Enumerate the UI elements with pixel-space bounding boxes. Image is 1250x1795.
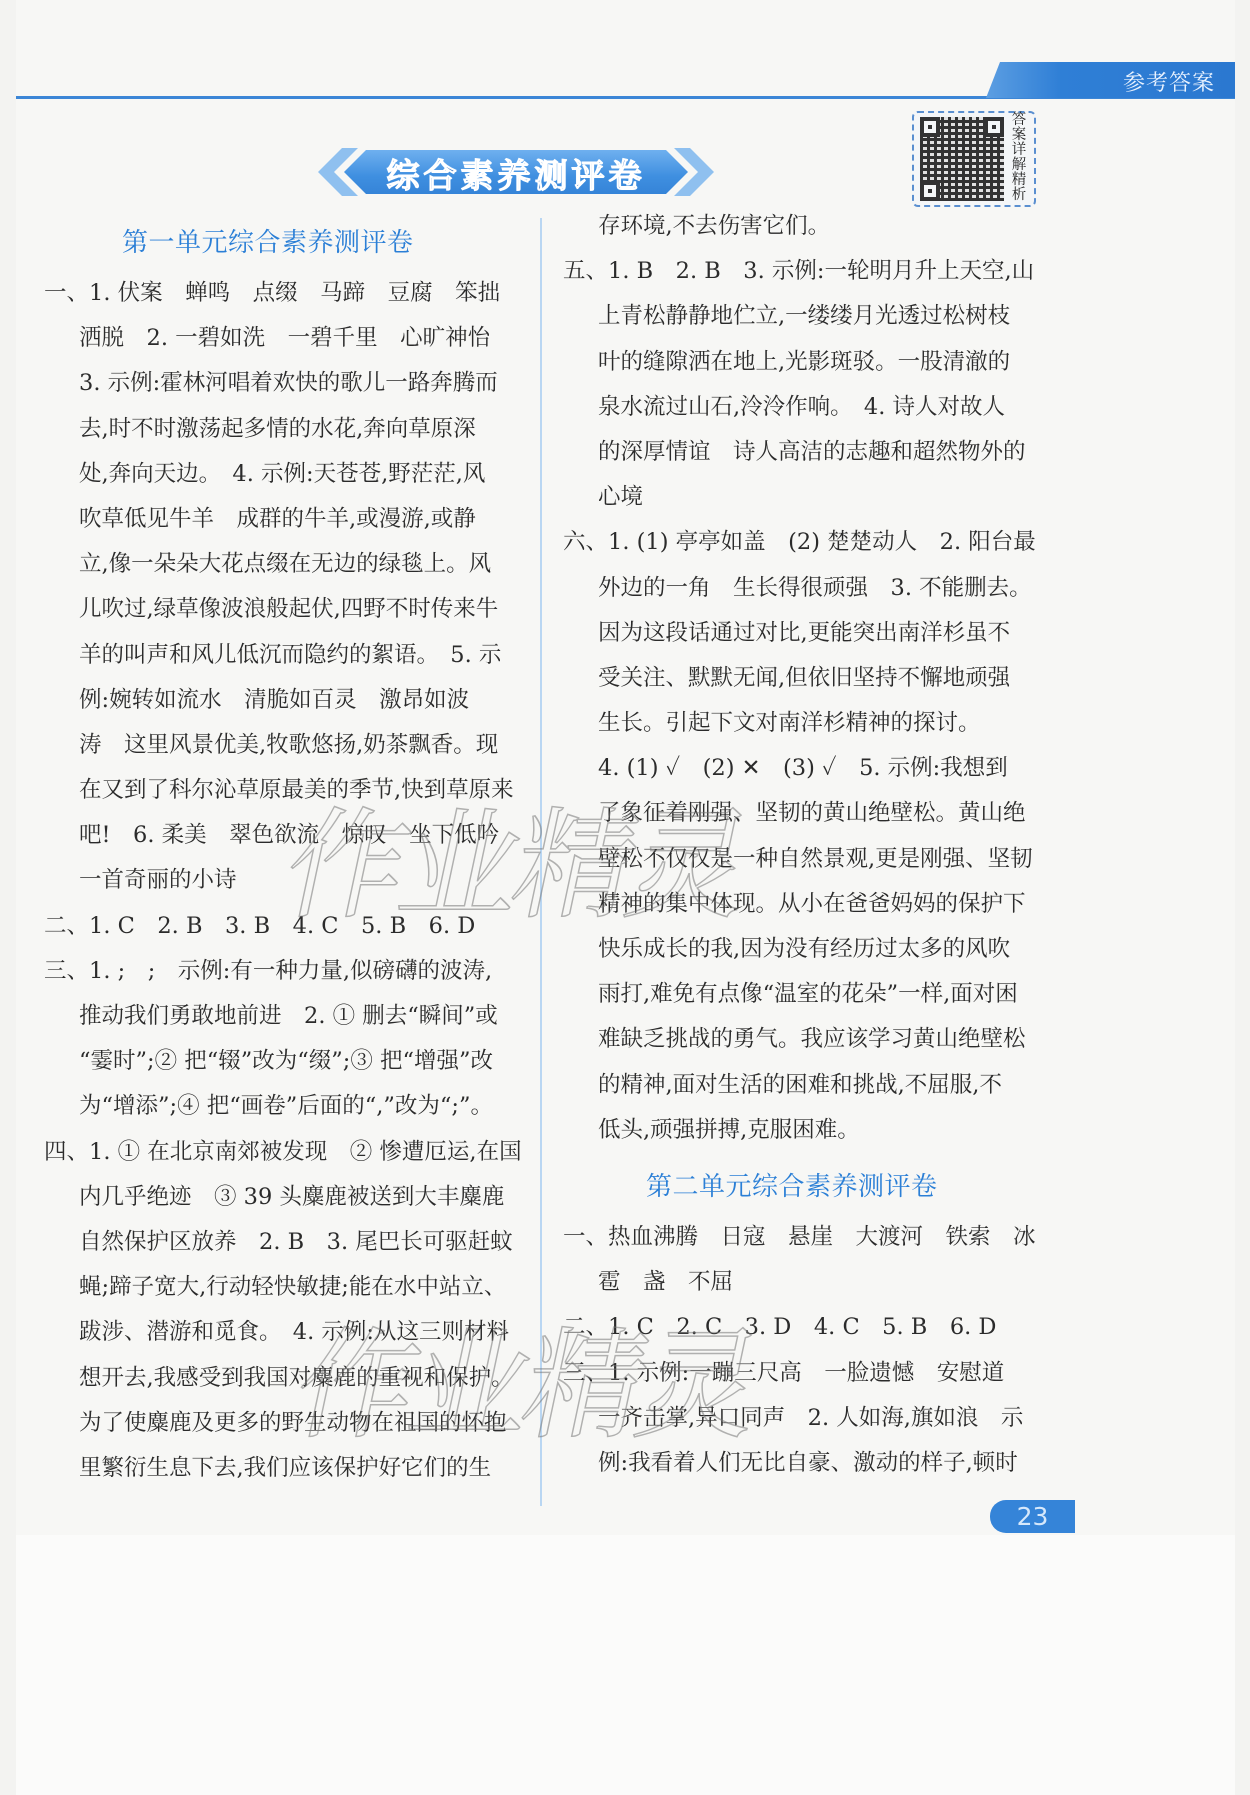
answer-line: 五、1. B 2. B 3. 示例:一轮明月升上天空,山: [563, 249, 1043, 294]
qr-code-box[interactable]: 答案详解精析: [912, 111, 1036, 207]
header-tab: 参考答案: [986, 62, 1235, 98]
qr-finder-icon: [984, 117, 1004, 137]
qr-finder-icon: [920, 181, 940, 201]
answer-line: 推动我们勇敢地前进 2. ① 删去“瞬间”或: [44, 994, 524, 1039]
answer-line: 自然保护区放养 2. B 3. 尾巴长可驱赶蚊: [44, 1220, 524, 1265]
answer-line: 为“增添”;④ 把“画卷”后面的“,”改为“;”。: [44, 1084, 524, 1129]
page-margin: [16, 1535, 1235, 1795]
answer-line: 泉水流过山石,泠泠作响。 4. 诗人对故人: [563, 385, 1043, 430]
watermark: 作业精灵: [282, 1290, 775, 1462]
answer-line: 存环境,不去伤害它们。: [563, 204, 1043, 249]
answer-line: 受关注、默默无闻,但依旧坚持不懈地顽强: [563, 656, 1043, 701]
answer-line: 吹草低见牛羊 成群的牛羊,或漫游,或静: [44, 497, 524, 542]
unit1-title: 第一单元综合素养测评卷: [122, 222, 414, 259]
unit1-right-column: 存环境,不去伤害它们。 五、1. B 2. B 3. 示例:一轮明月升上天空,山…: [563, 204, 1043, 1153]
answer-line: 雨打,难免有点像“温室的花朵”一样,面对困: [563, 972, 1043, 1017]
answer-line: 的深厚情谊 诗人高洁的志趣和超然物外的: [563, 430, 1043, 475]
answer-line: 洒脱 2. 一碧如洗 一碧千里 心旷神怡: [44, 316, 524, 361]
section-banner: 综合素养测评卷: [318, 148, 714, 196]
answer-line: 内几乎绝迹 ③ 39 头麋鹿被送到大丰麋鹿: [44, 1175, 524, 1220]
answer-line: 四、1. ① 在北京南郊被发现 ② 惨遭厄运,在国: [44, 1130, 524, 1175]
answer-line: 羊的叫声和风儿低沉而隐约的絮语。 5. 示: [44, 633, 524, 678]
answer-line: 因为这段话通过对比,更能突出南洋杉虽不: [563, 611, 1043, 656]
answer-line: 一、1. 伏案 蝉鸣 点缀 马蹄 豆腐 笨拙: [44, 271, 524, 316]
answer-line: 心境: [563, 475, 1043, 520]
answer-line: 去,时不时激荡起多情的水花,奔向草原深: [44, 407, 524, 452]
answer-line: 三、1. ; ; 示例:有一种力量,似磅礴的波涛,: [44, 949, 524, 994]
header-tab-label: 参考答案: [1123, 66, 1215, 97]
watermark: 作业精灵: [272, 770, 765, 942]
answer-line: 涛 这里风景优美,牧歌悠扬,奶茶飘香。现: [44, 723, 524, 768]
answer-line: 上青松静静地伫立,一缕缕月光透过松树枝: [563, 294, 1043, 339]
answer-line: 六、1. (1) 亭亭如盖 (2) 楚楚动人 2. 阳台最: [563, 520, 1043, 565]
answer-line: 例:婉转如流水 清脆如百灵 激昂如波: [44, 678, 524, 723]
answer-line: 一、热血沸腾 日寇 悬崖 大渡河 铁索 冰: [563, 1215, 1043, 1260]
answer-line: 生长。引起下文对南洋杉精神的探讨。: [563, 701, 1043, 746]
answer-line: 儿吹过,绿草像波浪般起伏,四野不时传来牛: [44, 587, 524, 632]
answer-line: 叶的缝隙洒在地上,光影斑驳。一股清澈的: [563, 340, 1043, 385]
answer-line: “霎时”;② 把“辍”改为“缀”;③ 把“增强”改: [44, 1039, 524, 1084]
answer-line: 立,像一朵朵大花点缀在无边的绿毯上。风: [44, 542, 524, 587]
answer-line: 低头,顽强拼搏,克服困难。: [563, 1108, 1043, 1153]
answer-line: 外边的一角 生长得很顽强 3. 不能删去。: [563, 566, 1043, 611]
qr-caption: 答案详解精析: [1010, 113, 1028, 203]
qr-code-icon[interactable]: [920, 117, 1004, 201]
page-number: 23: [990, 1500, 1075, 1533]
unit2-title: 第二单元综合素养测评卷: [646, 1166, 938, 1203]
answer-line: 难缺乏挑战的勇气。我应该学习黄山绝壁松: [563, 1017, 1043, 1062]
answer-line: 3. 示例:霍林河唱着欢快的歌儿一路奔腾而: [44, 361, 524, 406]
qr-finder-icon: [920, 117, 940, 137]
answer-line: 处,奔向天边。 4. 示例:天苍苍,野茫茫,风: [44, 452, 524, 497]
answer-line: 的精神,面对生活的困难和挑战,不屈服,不: [563, 1063, 1043, 1108]
banner-title: 综合素养测评卷: [318, 150, 714, 197]
